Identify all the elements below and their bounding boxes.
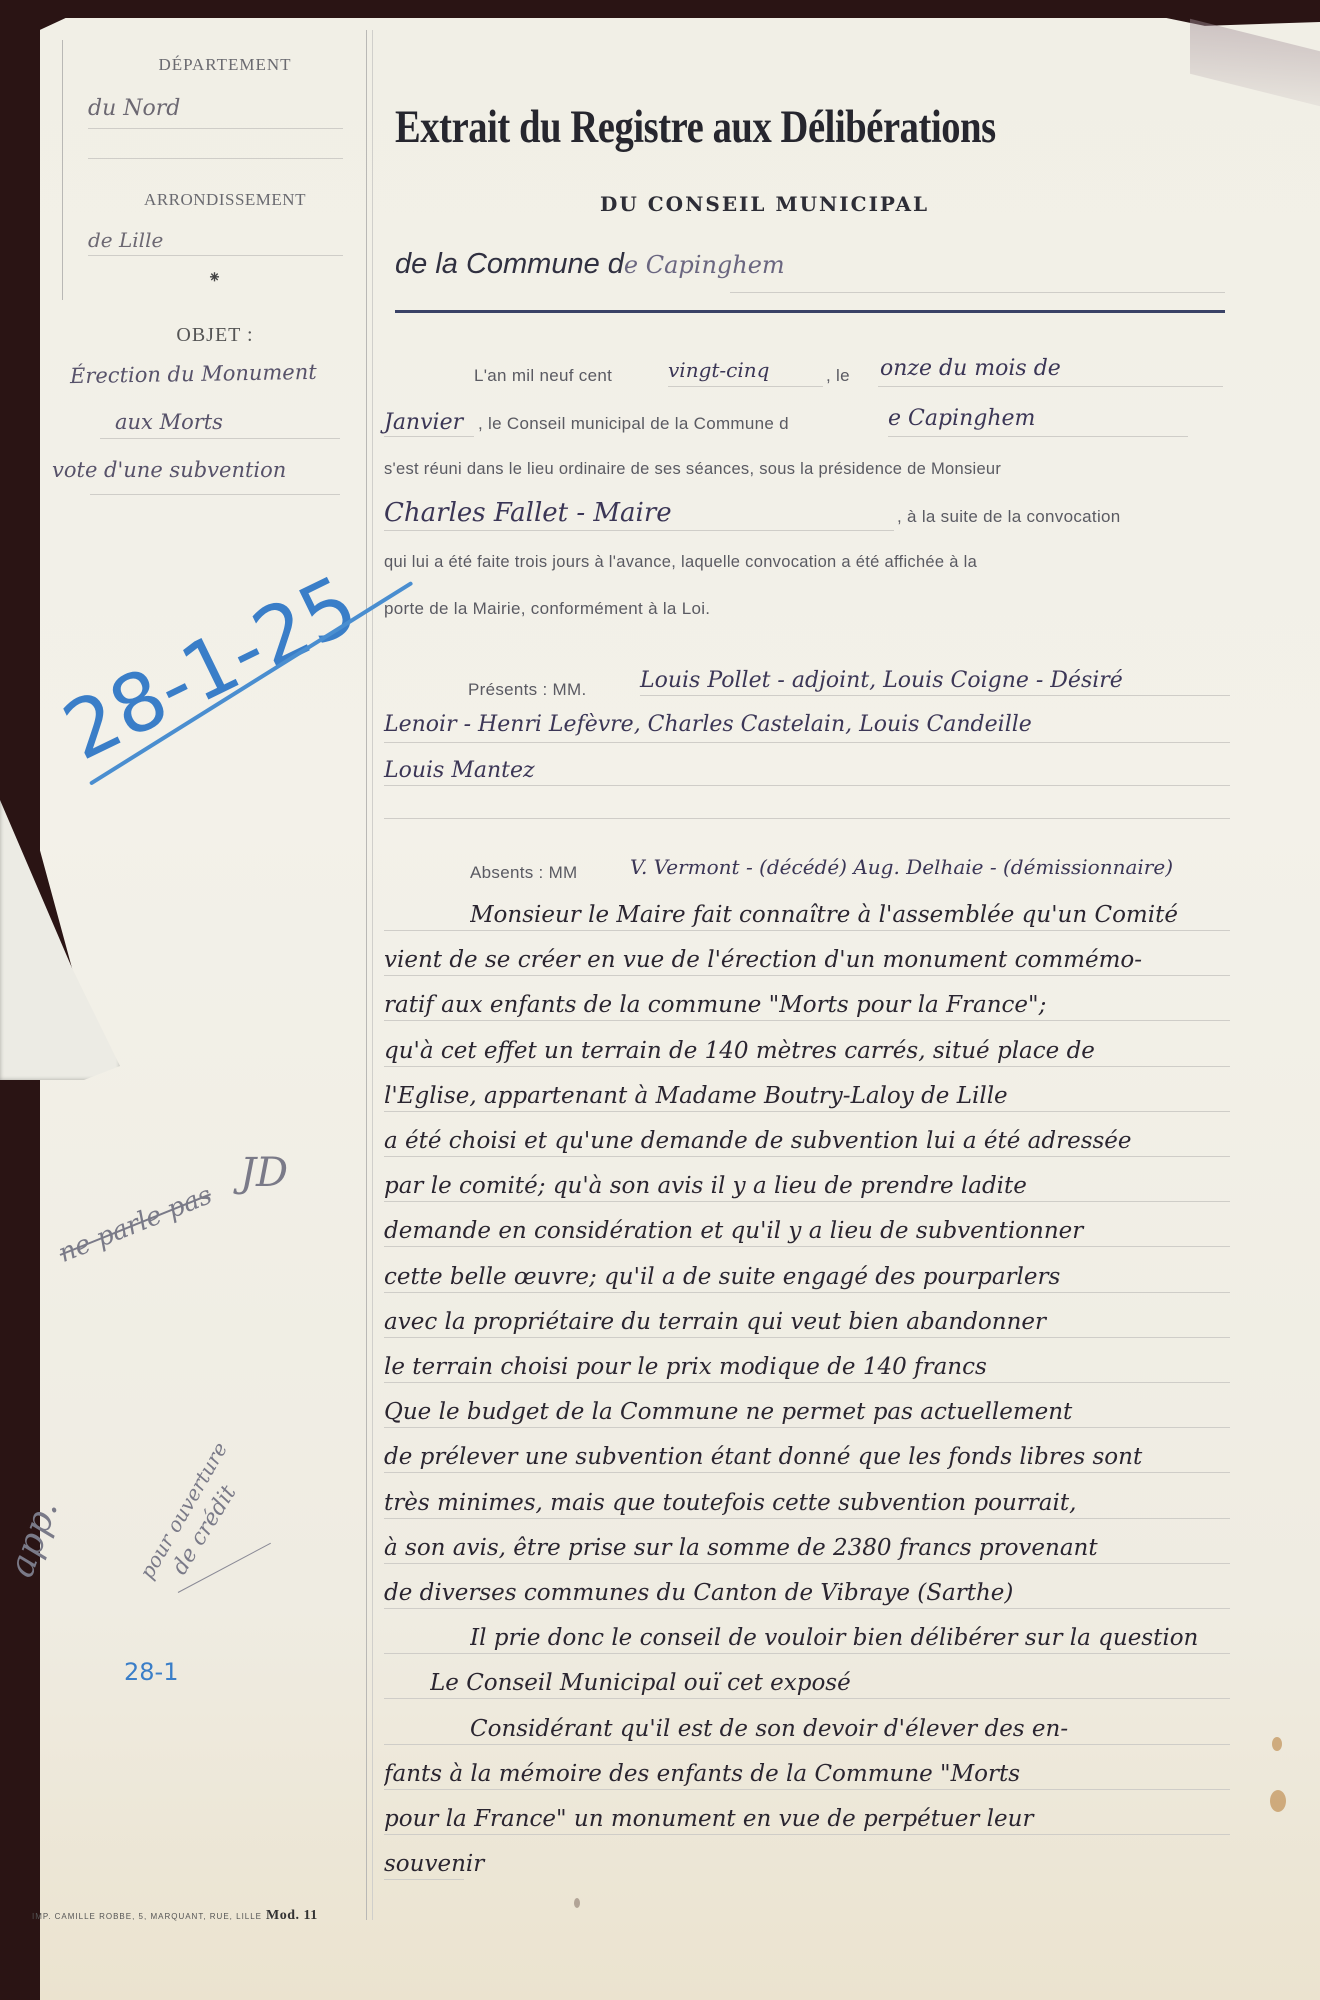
ruled-line xyxy=(384,1744,1230,1745)
printer-footer: IMP. CAMILLE ROBBE, 5, MARQUANT, RUE, LI… xyxy=(32,1908,318,1924)
rule xyxy=(668,386,823,387)
ruled-line xyxy=(384,1337,1230,1338)
ruled-line xyxy=(384,1653,1230,1654)
rule xyxy=(384,742,1230,743)
body-line: très minimes, mais que toutefois cette s… xyxy=(384,1490,1260,1516)
preamble-line-5: qui lui a été faite trois jours à l'avan… xyxy=(384,553,977,572)
body-line: Le Conseil Municipal ouï cet exposé xyxy=(430,1670,1260,1696)
document-subtitle: DU CONSEIL MUNICIPAL xyxy=(600,192,929,216)
commune-label: de la Commune d xyxy=(395,248,624,280)
commune-heading: de la Commune de Capinghem xyxy=(395,248,785,281)
printer-imprint: IMP. CAMILLE ROBBE, 5, MARQUANT, RUE, LI… xyxy=(32,1912,262,1921)
ruled-line xyxy=(384,1156,1230,1157)
stain xyxy=(1272,1737,1282,1751)
ruled-line xyxy=(384,1789,1230,1790)
ruled-line xyxy=(384,1246,1230,1247)
objet-rule xyxy=(100,438,340,439)
commune-rule xyxy=(730,292,1225,293)
preamble-conseil: , le Conseil municipal de la Commune d xyxy=(478,414,789,434)
body-line: par le comité; qu'à son avis il y a lieu… xyxy=(384,1173,1260,1199)
ruled-line xyxy=(384,1292,1230,1293)
body-line: fants à la mémoire des enfants de la Com… xyxy=(384,1761,1260,1787)
rule xyxy=(384,436,474,437)
body-line: de prélever une subvention étant donné q… xyxy=(384,1444,1260,1470)
body-line: avec la propriétaire du terrain qui veut… xyxy=(384,1309,1260,1335)
body-line: a été choisi et qu'une demande de subven… xyxy=(384,1128,1260,1154)
ruled-line xyxy=(384,1518,1230,1519)
body-line: souvenir xyxy=(384,1851,1260,1877)
body-line: à son avis, être prise sur la somme de 2… xyxy=(384,1535,1260,1561)
body-line: l'Eglise, appartenant à Madame Boutry-La… xyxy=(384,1083,1260,1109)
ruled-line xyxy=(384,1834,1230,1835)
body-line: de diverses communes du Canton de Vibray… xyxy=(384,1580,1260,1606)
margin-left-border xyxy=(62,40,63,300)
ruled-line xyxy=(384,1020,1230,1021)
commune-name: e Capinghem xyxy=(624,251,785,279)
preamble-line-3: s'est réuni dans le lieu ordinaire de se… xyxy=(384,460,1001,479)
body-line: Monsieur le Maire fait connaître à l'ass… xyxy=(470,902,1260,928)
body-line: Considérant qu'il est de son devoir d'él… xyxy=(470,1716,1260,1742)
objet-rule-2 xyxy=(90,494,340,495)
body-line: Que le budget de la Commune ne permet pa… xyxy=(384,1399,1260,1425)
ruled-line xyxy=(384,1879,464,1880)
rule xyxy=(878,386,1223,387)
departement-value: du Nord xyxy=(88,96,180,121)
small-date-note: 28-1 xyxy=(124,1658,178,1686)
body-line: cette belle œuvre; qu'il a de suite enga… xyxy=(384,1264,1260,1290)
margin-divider xyxy=(366,30,367,1920)
ruled-line xyxy=(384,975,1230,976)
rule xyxy=(640,695,1230,696)
form-model-number: Mod. 11 xyxy=(266,1908,318,1923)
arrondissement-value: de Lille xyxy=(88,228,163,252)
presents-line-1: Louis Pollet - adjoint, Louis Coigne - D… xyxy=(640,668,1123,693)
rule xyxy=(384,818,1230,819)
presents-line-3: Louis Mantez xyxy=(384,758,535,783)
rule xyxy=(888,436,1188,437)
departement-rule xyxy=(88,128,343,129)
body-line: qu'à cet effet un terrain de 140 mètres … xyxy=(384,1038,1260,1064)
body-line: Il prie donc le conseil de vouloir bien … xyxy=(470,1625,1260,1651)
preamble-year-label: L'an mil neuf cent xyxy=(474,366,612,386)
body-line: le terrain choisi pour le prix modique d… xyxy=(384,1354,1260,1380)
preamble-president: Charles Fallet - Maire xyxy=(384,498,672,528)
margin-separator: ⁕ xyxy=(180,268,250,288)
objet-line-3: vote d'une subvention xyxy=(52,458,286,482)
arrondissement-rule xyxy=(88,255,343,256)
objet-label: OBJET : xyxy=(140,324,290,347)
ruled-line xyxy=(384,930,1230,931)
ruled-line xyxy=(384,1066,1230,1067)
arrondissement-label: ARRONDISSEMENT xyxy=(100,190,350,210)
preamble-year-value: vingt-cinq xyxy=(668,358,769,382)
body-line: ratif aux enfants de la commune "Morts p… xyxy=(384,992,1260,1018)
objet-line-1: Érection du Monument xyxy=(70,360,317,388)
preamble-line-6: porte de la Mairie, conformément à la Lo… xyxy=(384,599,710,619)
stain xyxy=(1270,1790,1286,1812)
presents-label: Présents : MM. xyxy=(468,680,587,700)
ruled-line xyxy=(384,1472,1230,1473)
document-title: Extrait du Registre aux Délibérations xyxy=(395,100,1076,154)
ruled-line xyxy=(384,1563,1230,1564)
stain xyxy=(574,1898,580,1908)
preamble-commune-name: e Capinghem xyxy=(888,406,1035,431)
absents-label: Absents : MM xyxy=(470,863,578,883)
ruled-line xyxy=(384,1201,1230,1202)
ruled-line xyxy=(384,1111,1230,1112)
margin-divider-inner xyxy=(372,30,373,1920)
rule xyxy=(384,530,894,531)
objet-line-2: aux Morts xyxy=(115,410,223,434)
ruled-line xyxy=(384,1382,1230,1383)
departement-rule-2 xyxy=(88,158,343,159)
pencil-initials: JD xyxy=(240,1150,288,1196)
presents-line-2: Lenoir - Henri Lefèvre, Charles Castelai… xyxy=(384,712,1032,737)
preamble-month: Janvier xyxy=(384,410,463,435)
ruled-line xyxy=(384,1698,1230,1699)
preamble-day: onze du mois de xyxy=(880,356,1061,381)
absents-value: V. Vermont - (décédé) Aug. Delhaie - (dé… xyxy=(630,855,1173,879)
body-line: vient de se créer en vue de l'érection d… xyxy=(384,947,1260,973)
ruled-line xyxy=(384,1608,1230,1609)
ruled-line xyxy=(384,1427,1230,1428)
departement-label: DÉPARTEMENT xyxy=(110,55,340,75)
preamble-le: , le xyxy=(826,366,850,386)
rule xyxy=(384,785,1230,786)
body-line: demande en considération et qu'il y a li… xyxy=(384,1218,1260,1244)
preamble-convocation: , à la suite de la convocation xyxy=(897,507,1121,527)
header-rule xyxy=(395,310,1225,313)
body-line: pour la France" un monument en vue de pe… xyxy=(384,1806,1260,1832)
